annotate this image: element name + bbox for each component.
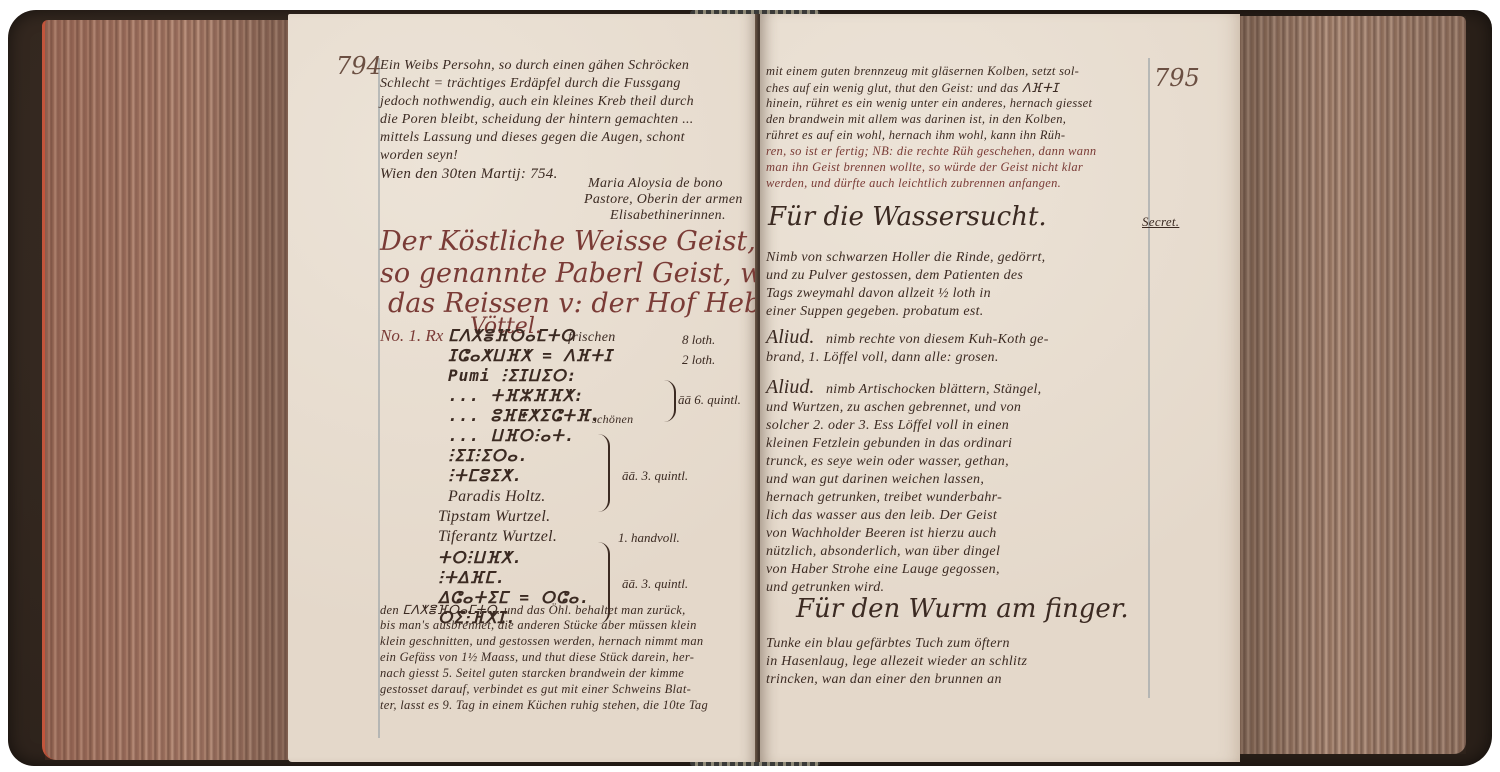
intro-line: rühret es auf ein wohl, hernach ihm wohl… [766, 128, 1065, 143]
ingredient: ⵊⵛⴰⵅⵡⴼⵅ = ⴷⴼⵜⵊ [448, 346, 613, 365]
ingredient: ⵜⵔⵗⵡⴼⵅ. [438, 548, 523, 567]
intro-line: mit einem guten brennzeug mit gläsernen … [766, 64, 1079, 79]
ingredient: Tiferantz Wurtzel. [438, 528, 557, 546]
text-line: in Hasenlaug, lege allezeit wieder an sc… [766, 654, 1027, 670]
intro-line: Schlecht = trächtiges Erdäpfel durch die… [380, 76, 681, 92]
ingredient: ⵎⴷⵅⴻⴼⵔⴰⵎⵜⵔ [448, 326, 575, 345]
intro-line: Ein Weibs Persohn, so durch einen gähen … [380, 58, 689, 74]
ingredient-note: frischen [568, 330, 616, 346]
recipe-marker: No. 1. Rx [380, 326, 443, 346]
margin-rule [1148, 58, 1150, 698]
text-line: von Wachholder Beeren ist hierzu auch [766, 526, 997, 542]
closing-line: den ⵎⴷⵅⴻⴼⵔⴰⵎⵜⵔ. und das Öhl. behaltet ma… [380, 602, 686, 618]
closing-line: bis man's ausbrennet, die anderen Stücke… [380, 618, 697, 633]
closing-line: ein Gefäss von 1½ Maass, und thut diese … [380, 650, 694, 665]
intro-line: werden, und dürfte auch leichtlich zubre… [766, 176, 1061, 191]
text-line: trunck, es seye wein oder wasser, gethan… [766, 454, 1009, 470]
intro-line: mittels Lassung und dieses gegen die Aug… [380, 130, 685, 146]
margin-note: Secret. [1142, 214, 1179, 230]
aliud-marker: Aliud. [766, 326, 814, 349]
text-line: einer Suppen gegeben. probatum est. [766, 304, 984, 320]
page-number-right: 795 [1154, 64, 1200, 92]
closing-line: klein geschnitten, und gestossen werden,… [380, 634, 703, 649]
ingredient: Tipstam Wurtzel. [438, 508, 550, 526]
text-line: Tunke ein blau gefärbtes Tuch zum öftern [766, 636, 1010, 652]
signature-line: Elisabethinerinnen. [610, 208, 726, 224]
intro-line: den brandwein mit allem was darinen ist,… [766, 112, 1066, 127]
right-page: 795 mit einem guten brennzeug mit gläser… [760, 14, 1240, 762]
ingredient: Paradis Holtz. [448, 488, 546, 506]
ingredient: ⵗⵜⵎⵓⵉⵅ. [448, 466, 523, 485]
intro-line: man ihn Geist brennen wollte, so würde d… [766, 160, 1083, 175]
aliud-marker: Aliud. [766, 376, 814, 399]
ingredient-qty: 8 loth. [682, 332, 715, 348]
intro-line: hinein, rühret es ein wenig unter ein an… [766, 96, 1092, 111]
brace-quantity: āā. 3. quintl. [622, 468, 688, 484]
page-edges-left [42, 20, 295, 760]
text-line: lich das wasser aus den leib. Der Geist [766, 508, 997, 524]
text-line: kleinen Fetzlein gebunden in das ordinar… [766, 436, 1012, 452]
text-line: nimb Artischocken blättern, Stängel, [826, 382, 1041, 398]
ingredient: Pumi ⵗⵉⵊⵡⵉⵔ: [448, 366, 577, 385]
text-line: solcher 2. oder 3. Ess Löffel voll in ei… [766, 418, 1009, 434]
text-line: Nimb von schwarzen Holler die Rinde, ged… [766, 250, 1045, 266]
ingredient: ... ⵓⴼⵟⵅⵉⵛⵜⴼ. [448, 406, 601, 425]
ingredient: ... ⵜⴼⵣⴼⴼⵅ: [448, 386, 585, 405]
text-line: brand, 1. Löffel voll, dann alle: grosen… [766, 350, 999, 366]
intro-line: worden seyn! [380, 148, 458, 164]
text-line: trincken, wan dan einer den brunnen an [766, 672, 1002, 688]
signature-line: Pastore, Oberin der armen [584, 192, 743, 208]
date-line: Wien den 30ten Martij: 754. [380, 166, 558, 183]
ingredient: ⵗⵉⵊⵗⵉⵔⴰ. [448, 446, 529, 465]
closing-line: ter, lasst es 9. Tag in einem Küchen ruh… [380, 698, 708, 713]
brace [598, 434, 610, 512]
intro-line: jedoch nothwendig, auch ein kleines Kreb… [380, 94, 694, 110]
text-line: Tags zweymahl davon allzeit ½ loth in [766, 286, 991, 302]
page-number-left: 794 [336, 52, 382, 80]
section-heading: Für die Wassersucht. [768, 202, 1047, 232]
text-line: und zu Pulver gestossen, dem Patienten d… [766, 268, 1023, 284]
ingredient: ⵗⵜⵠⴼⵎ. [438, 568, 506, 587]
text-line: und Wurtzen, zu aschen gebrennet, und vo… [766, 400, 1021, 416]
closing-line: gestosset darauf, verbindet es gut mit e… [380, 682, 691, 697]
section-heading: Für den Wurm am finger. [796, 594, 1129, 624]
text-line: und wan gut darinen weichen lassen, [766, 472, 984, 488]
signature-line: Maria Aloysia de bono [588, 176, 723, 192]
ingredient: ... ⵡⴼⵔⵗⴰⵜ. [448, 426, 575, 445]
text-line: hernach getrunken, treibet wunderbahr- [766, 490, 1002, 506]
intro-line: die Poren bleibt, scheidung der hintern … [380, 112, 694, 128]
intro-line: ches auf ein wenig glut, thut den Geist:… [766, 80, 1059, 96]
text-line: nimb rechte von diesem Kuh-Koth ge- [826, 332, 1049, 348]
text-line: von Haber Strohe eine Lauge gegossen, [766, 562, 1000, 578]
ingredient-qty: 1. handvoll. [618, 530, 680, 546]
brace-quantity: āā 6. quintl. [678, 392, 741, 408]
ingredient-qty: 2 loth. [682, 352, 715, 368]
page-edges-right [1238, 16, 1466, 754]
brace [664, 380, 676, 422]
intro-line: ren, so ist er fertig; NB: die rechte Rü… [766, 144, 1096, 159]
recipe-title: so genannte Paberl Geist, wider [380, 258, 818, 289]
brace-quantity: āā. 3. quintl. [622, 576, 688, 592]
closing-line: nach giesst 5. Seitel guten starcken bra… [380, 666, 684, 681]
ingredient-note: schönen [592, 412, 633, 427]
text-line: nützlich, absonderlich, wan über dingel [766, 544, 1000, 560]
left-page: 794 Ein Weibs Persohn, so durch einen gä… [288, 14, 758, 762]
